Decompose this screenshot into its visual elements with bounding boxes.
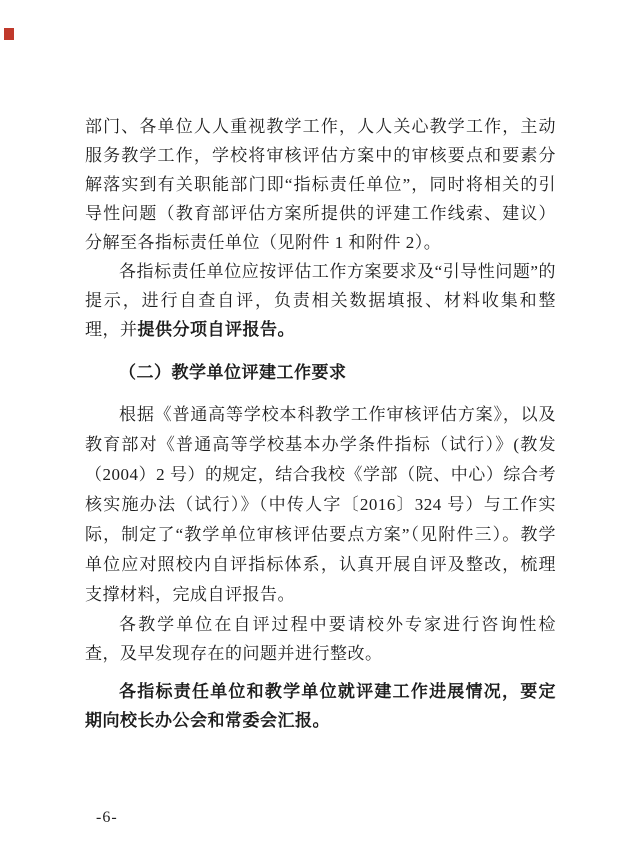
paragraph-regular-reporting-bold: 各指标责任单位和教学单位就评建工作进展情况，要定期向校长办公会和常委会汇报。	[85, 677, 556, 735]
paragraph-responsible-units: 各指标责任单位应按评估工作方案要求及“引导性问题”的提示，进行自查自评，负责相关…	[85, 257, 556, 344]
section-heading-teaching-units: （二）教学单位评建工作要求	[85, 358, 556, 387]
paragraph-responsible-units-bold-text: 提供分项自评报告。	[138, 320, 296, 339]
paragraph-continuation: 部门、各单位人人重视教学工作，人人关心教学工作，主动服务教学工作，学校将审核评估…	[85, 112, 556, 257]
document-page: 部门、各单位人人重视教学工作，人人关心教学工作，主动服务教学工作，学校将审核评估…	[0, 0, 634, 868]
red-corner-mark	[4, 28, 14, 40]
document-text-body: 部门、各单位人人重视教学工作，人人关心教学工作，主动服务教学工作，学校将审核评估…	[85, 112, 556, 735]
page-number: -6-	[96, 809, 118, 827]
paragraph-external-experts: 各教学单位在自评过程中要请校外专家进行咨询性检查，及早发现存在的问题并进行整改。	[85, 610, 556, 668]
paragraph-basis-and-plan: 根据《普通高等学校本科教学工作审核评估方案》，以及教育部对《普通高等学校基本办学…	[85, 400, 556, 610]
